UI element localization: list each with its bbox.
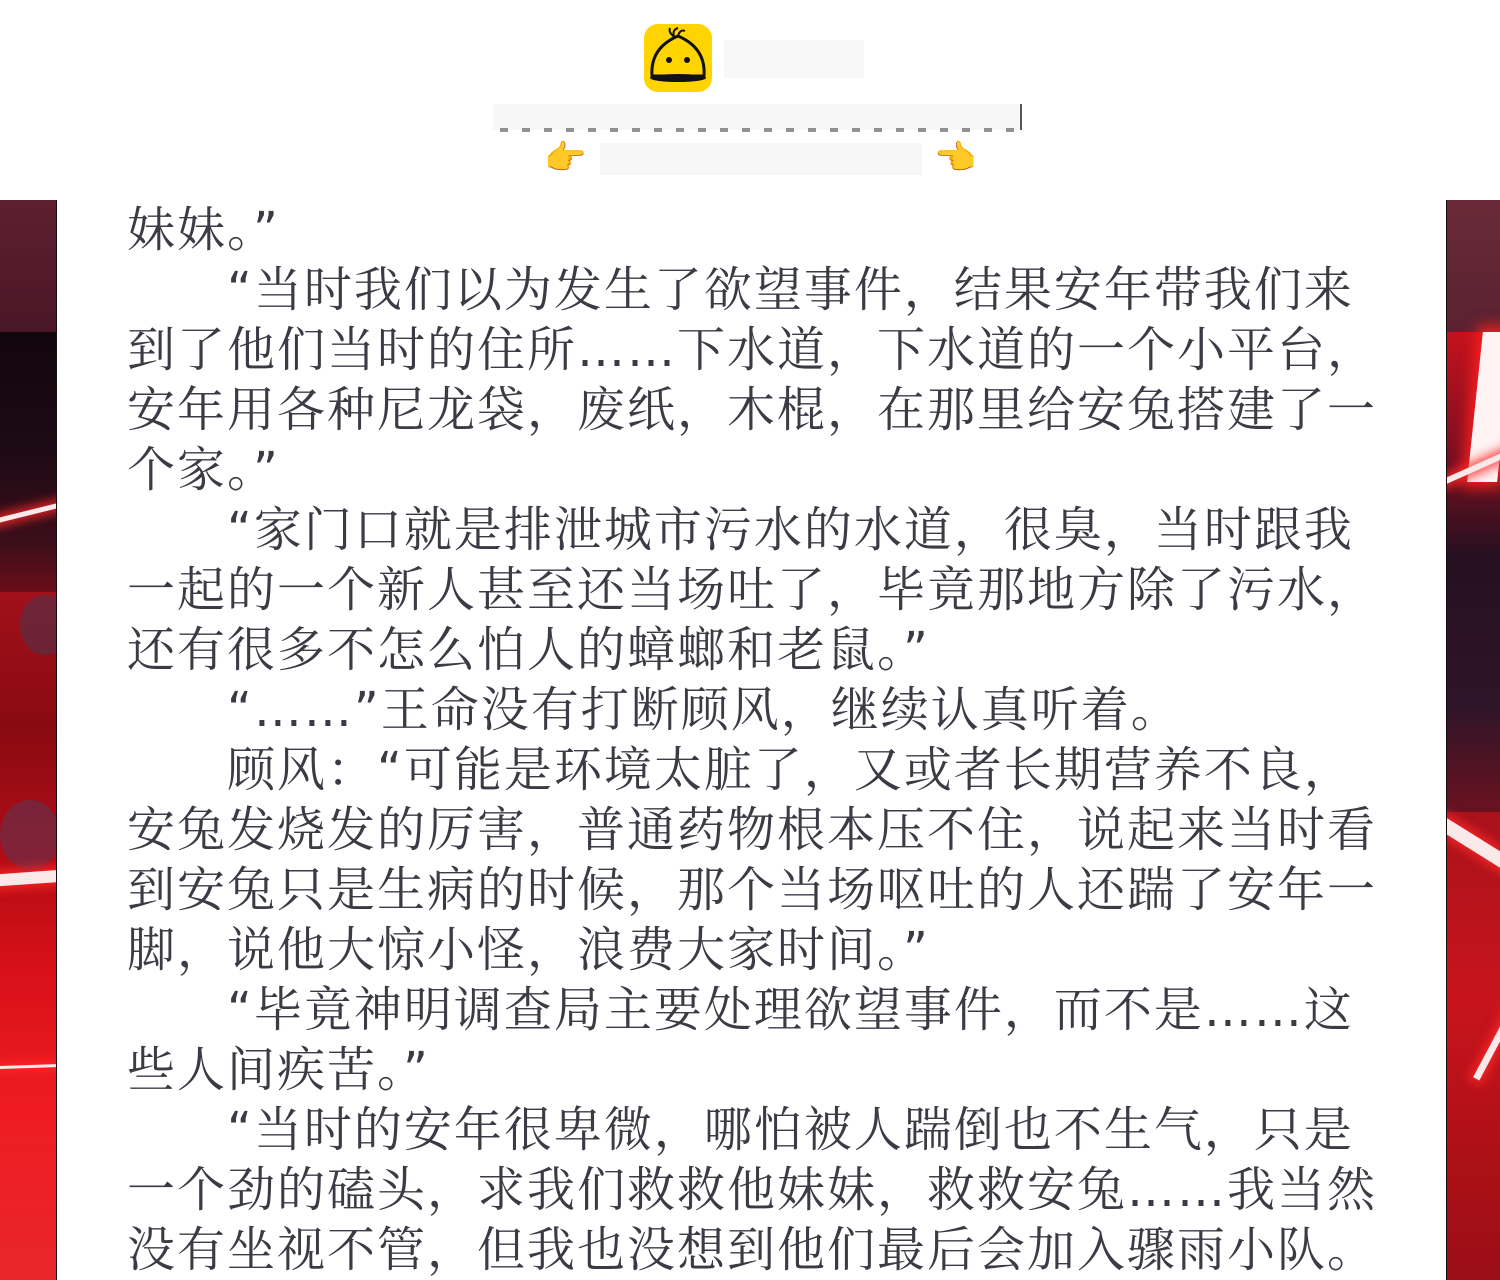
text-line: 安年用各种尼龙袋，废纸，木棍，在那里给安兔搭建了一 xyxy=(127,380,1387,440)
background-band xyxy=(0,332,56,592)
text-line: “毕竟神明调查局主要处理欲望事件，而不是……这 xyxy=(127,980,1387,1040)
text-line: 没有坐视不管，但我也没想到他们最后会加入骤雨小队。 xyxy=(127,1220,1387,1280)
text-line: 脚，说他大惊小怪，浪费大家时间。” xyxy=(127,920,1387,980)
steamed-bun-icon xyxy=(644,24,712,92)
slogan-redacted xyxy=(493,104,1022,130)
background-band xyxy=(0,200,56,332)
text-line: 一个劲的磕头，求我们救救他妹妹，救救安兔……我当然 xyxy=(127,1160,1387,1220)
text-line: “当时我们以为发生了欲望事件，结果安年带我们来 xyxy=(127,260,1387,320)
background-band xyxy=(1445,552,1500,812)
pointing-right-hand-icon: 👉 xyxy=(544,138,586,178)
background-band xyxy=(1445,200,1500,332)
background-art-right xyxy=(1445,200,1500,1280)
text-line: “家门口就是排泄城市污水的水道，很臭，当时跟我 xyxy=(127,500,1387,560)
background-cloud xyxy=(0,800,56,870)
pointing-left-hand-icon: 👈 xyxy=(934,138,976,178)
background-band xyxy=(0,592,56,1280)
text-line: 还有很多不怎么怕人的蟑螂和老鼠。” xyxy=(127,620,1387,680)
text-line: 到安兔只是生病的时候，那个当场呕吐的人还踹了安年一 xyxy=(127,860,1387,920)
document-body: ……门口一个劲的磕头，磕的头破血流，只求着让我们救救他 妹妹。” “当时我们以为… xyxy=(127,200,1387,1280)
watermark-header: 👉 👈 xyxy=(0,0,1500,200)
text-line: 到了他们当时的住所……下水道，下水道的一个小平台， xyxy=(127,320,1387,380)
text-line: 妹妹。” xyxy=(127,200,1387,260)
slogan-text-fragment xyxy=(500,128,1016,132)
text-line: 安兔发烧发的厉害，普通药物根本压不住，说起来当时看 xyxy=(127,800,1387,860)
text-line: 一起的一个新人甚至还当场吐了，毕竟那地方除了污水， xyxy=(127,560,1387,620)
tagline-redacted xyxy=(600,143,922,175)
brand-name-redacted xyxy=(724,40,864,78)
text-line: 个家。” xyxy=(127,440,1387,500)
text-line: “当时的安年很卑微，哪怕被人踹倒也不生气，只是 xyxy=(127,1100,1387,1160)
text-line: 顾风：“可能是环境太脏了，又或者长期营养不良， xyxy=(127,740,1387,800)
background-art-left xyxy=(0,200,56,1280)
text-line: 些人间疾苦。” xyxy=(127,1040,1387,1100)
document-page: ……门口一个劲的磕头，磕的头破血流，只求着让我们救救他 妹妹。” “当时我们以为… xyxy=(56,200,1447,1280)
text-line: “……”王命没有打断顾风，继续认真听着。 xyxy=(127,680,1387,740)
